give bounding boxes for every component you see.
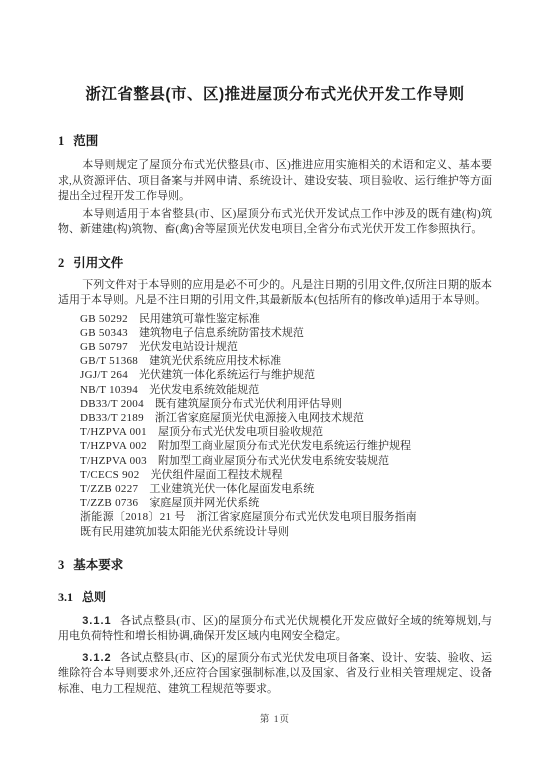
reference-code: T/HZPVA 003 <box>80 455 147 467</box>
reference-title: 附加型工商业屋顶分布式光伏发电系统运行维护规程 <box>158 440 411 452</box>
reference-title: 建筑光伏系统应用技术标准 <box>149 355 281 367</box>
document-title: 浙江省整县(市、区)推进屋顶分布式光伏开发工作导则 <box>58 84 492 106</box>
reference-title: 建筑物电子信息系统防雷技术规范 <box>139 327 304 339</box>
reference-item: T/CECS 902光伏组件屋面工程技术规程 <box>80 468 492 482</box>
reference-code: T/ZZB 0736 <box>80 497 138 509</box>
reference-title: 光伏建筑一体化系统运行与维护规范 <box>139 369 315 381</box>
clause-3-1-1-text: 各试点整县(市、区)的屋顶分布式光伏规模化开发应做好全域的统筹规划,与用电负荷特… <box>58 615 492 643</box>
reference-title: 光伏发电站设计规范 <box>139 341 238 353</box>
reference-code: GB 50343 <box>80 327 128 339</box>
section-1-number: 1 <box>58 134 64 148</box>
clause-3-1-1-number: 3.1.1 <box>82 615 111 627</box>
reference-item: NB/T 10394光伏发电系统效能规范 <box>80 383 492 397</box>
clause-3-1-2-number: 3.1.2 <box>82 652 111 664</box>
reference-item: DB33/T 2004既有建筑屋顶分布式光伏利用评估导则 <box>80 397 492 411</box>
reference-title: 屋顶分布式光伏发电项目验收规范 <box>158 426 323 438</box>
reference-item: T/HZPVA 003附加型工商业屋顶分布式光伏发电系统安装规范 <box>80 454 492 468</box>
reference-code: NB/T 10394 <box>80 384 138 396</box>
reference-item: 既有民用建筑加装太阳能光伏系统设计导则 <box>80 525 492 539</box>
reference-title: 家庭屋顶并网光伏系统 <box>149 497 259 509</box>
reference-title: 工业建筑光伏一体化屋面发电系统 <box>149 483 314 495</box>
section-1-title: 范围 <box>73 134 98 148</box>
section-3-title: 基本要求 <box>73 558 123 572</box>
section-1-heading: 1范围 <box>58 132 492 150</box>
scope-paragraph-2: 本导则适用于本省整县(市、区)屋顶分布式光伏开发试点工作中涉及的既有建(构)筑物… <box>58 207 492 238</box>
page-number: 第 1页 <box>0 711 550 725</box>
reference-title: 既有民用建筑加装太阳能光伏系统设计导则 <box>80 526 289 538</box>
reference-title: 浙江省家庭屋顶分布式光伏发电项目服务指南 <box>197 511 417 523</box>
reference-item: T/HZPVA 001屋顶分布式光伏发电项目验收规范 <box>80 425 492 439</box>
section-3-1-heading: 3.1总则 <box>58 588 492 606</box>
section-3-1-title: 总则 <box>82 590 106 604</box>
reference-code: GB 50797 <box>80 341 128 353</box>
reference-code: GB/T 51368 <box>80 355 138 367</box>
reference-code: 浙能源〔2018〕21 号 <box>80 511 186 523</box>
section-3-heading: 3基本要求 <box>58 556 492 574</box>
reference-item: T/ZZB 0736家庭屋顶并网光伏系统 <box>80 496 492 510</box>
reference-item: T/ZZB 0227工业建筑光伏一体化屋面发电系统 <box>80 482 492 496</box>
section-basic-requirements: 3基本要求 3.1总则 3.1.1各试点整县(市、区)的屋顶分布式光伏规模化开发… <box>58 556 492 698</box>
section-3-1-number: 3.1 <box>58 590 73 604</box>
section-scope: 1范围 本导则规定了屋顶分布式光伏整县(市、区)推进应用实施相关的术语和定义、基… <box>58 132 492 238</box>
clause-3-1-2: 3.1.2各试点整县(市、区)的屋顶分布式光伏发电项目备案、设计、安装、验收、运… <box>58 651 492 698</box>
clause-3-1-1: 3.1.1各试点整县(市、区)的屋顶分布式光伏规模化开发应做好全域的统筹规划,与… <box>58 614 492 645</box>
clause-3-1-2-text: 各试点整县(市、区)的屋顶分布式光伏发电项目备案、设计、安装、验收、运维除符合本… <box>58 652 492 695</box>
scope-paragraph-1: 本导则规定了屋顶分布式光伏整县(市、区)推进应用实施相关的术语和定义、基本要求,… <box>58 158 492 205</box>
reference-item: GB 50797光伏发电站设计规范 <box>80 340 492 354</box>
reference-item: GB/T 51368建筑光伏系统应用技术标准 <box>80 354 492 368</box>
reference-title: 民用建筑可靠性鉴定标准 <box>139 313 260 325</box>
section-2-number: 2 <box>58 256 64 270</box>
reference-code: T/HZPVA 002 <box>80 440 147 452</box>
reference-item: GB 50292民用建筑可靠性鉴定标准 <box>80 312 492 326</box>
section-2-title: 引用文件 <box>73 256 123 270</box>
reference-code: T/HZPVA 001 <box>80 426 147 438</box>
section-2-heading: 2引用文件 <box>58 254 492 272</box>
reference-item: JGJ/T 264光伏建筑一体化系统运行与维护规范 <box>80 368 492 382</box>
reference-code: T/ZZB 0227 <box>80 483 138 495</box>
reference-title: 光伏组件屋面工程技术规程 <box>151 469 283 481</box>
reference-item: DB33/T 2189浙江省家庭屋顶光伏电源接入电网技术规范 <box>80 411 492 425</box>
reference-title: 浙江省家庭屋顶光伏电源接入电网技术规范 <box>155 412 364 424</box>
section-references: 2引用文件 下列文件对于本导则的应用是必不可少的。凡是注日期的引用文件,仅所注日… <box>58 254 492 539</box>
reference-item: GB 50343建筑物电子信息系统防雷技术规范 <box>80 326 492 340</box>
reference-title: 附加型工商业屋顶分布式光伏发电系统安装规范 <box>158 455 389 467</box>
reference-title: 既有建筑屋顶分布式光伏利用评估导则 <box>155 398 342 410</box>
section-3-number: 3 <box>58 558 64 572</box>
reference-title: 光伏发电系统效能规范 <box>149 384 259 396</box>
reference-item: 浙能源〔2018〕21 号浙江省家庭屋顶分布式光伏发电项目服务指南 <box>80 510 492 524</box>
reference-list: GB 50292民用建筑可靠性鉴定标准 GB 50343建筑物电子信息系统防雷技… <box>58 312 492 539</box>
document-page: 浙江省整县(市、区)推进屋顶分布式光伏开发工作导则 1范围 本导则规定了屋顶分布… <box>0 0 550 777</box>
reference-code: JGJ/T 264 <box>80 369 128 381</box>
reference-item: T/HZPVA 002附加型工商业屋顶分布式光伏发电系统运行维护规程 <box>80 439 492 453</box>
reference-code: DB33/T 2189 <box>80 412 144 424</box>
references-intro: 下列文件对于本导则的应用是必不可少的。凡是注日期的引用文件,仅所注日期的版本适用… <box>58 278 492 309</box>
reference-code: GB 50292 <box>80 313 128 325</box>
reference-code: T/CECS 902 <box>80 469 140 481</box>
reference-code: DB33/T 2004 <box>80 398 144 410</box>
